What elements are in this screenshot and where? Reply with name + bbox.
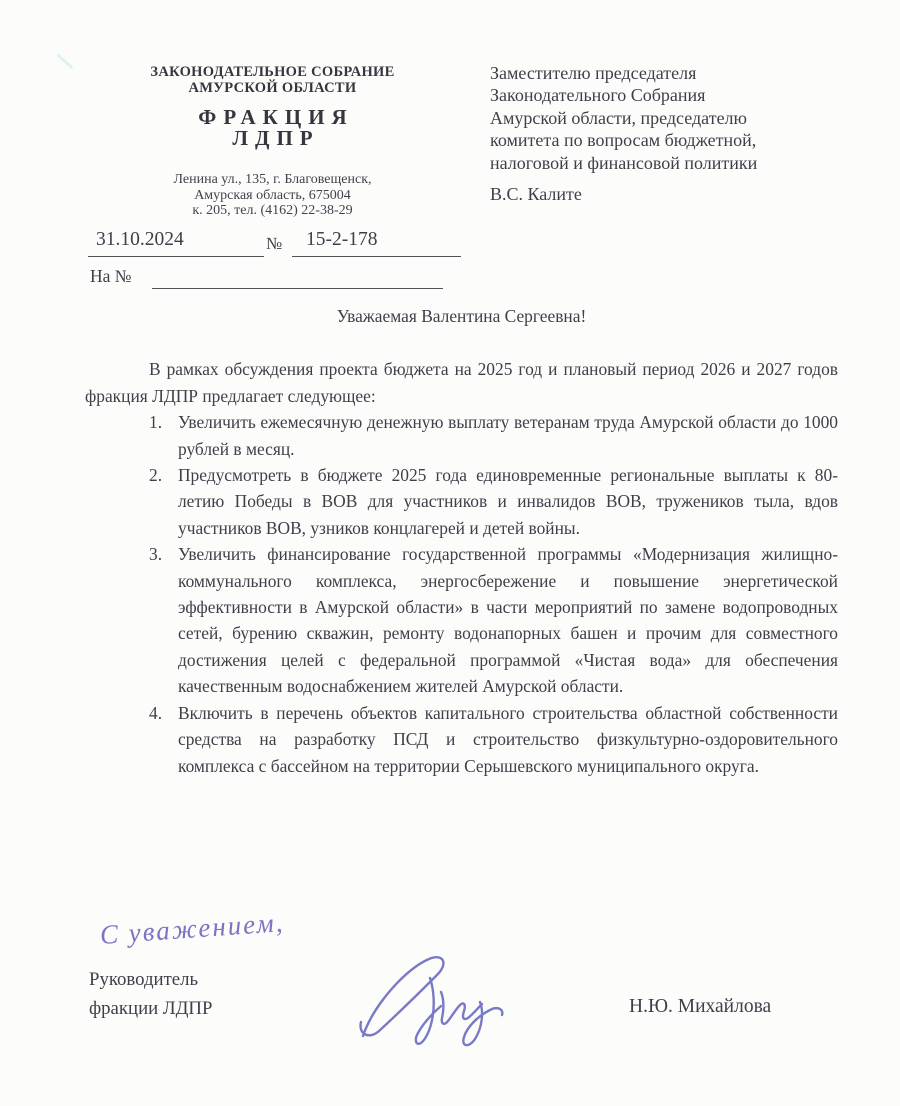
- addressee-line: Амурской области, председателю: [490, 107, 870, 129]
- letterhead-address-line1: Ленина ул., 135, г. Благовещенск,: [85, 172, 460, 188]
- signer-position-line2: фракции ЛДПР: [89, 995, 212, 1024]
- list-item: 2. Предусмотреть в бюджете 2025 года еди…: [149, 462, 838, 541]
- list-item: 4. Включить в перечень объектов капиталь…: [149, 700, 838, 779]
- salutation: Уважаемая Валентина Сергеевна!: [85, 303, 838, 329]
- list-item: 3. Увеличить финансирование государствен…: [149, 541, 838, 699]
- letterhead-org-line1: ЗАКОНОДАТЕЛЬНОЕ СОБРАНИЕ: [85, 64, 460, 80]
- list-item-text: Увеличить финансирование государственной…: [178, 544, 838, 696]
- document-number: 15-2-178: [292, 229, 461, 257]
- reply-to-blank-line: [152, 288, 443, 289]
- addressee-block: Заместителю председателя Законодательног…: [490, 62, 870, 174]
- scanned-letter-page: ЗАКОНОДАТЕЛЬНОЕ СОБРАНИЕ АМУРСКОЙ ОБЛАСТ…: [0, 0, 900, 1106]
- list-item-number: 4.: [149, 700, 162, 726]
- number-sign: №: [266, 234, 282, 254]
- reply-to-label: На №: [90, 266, 131, 287]
- list-item-number: 3.: [149, 541, 162, 567]
- letterhead: ЗАКОНОДАТЕЛЬНОЕ СОБРАНИЕ АМУРСКОЙ ОБЛАСТ…: [85, 64, 460, 219]
- addressee-line: Законодательного Собрания: [490, 84, 870, 106]
- addressee-line: комитета по вопросам бюджетной,: [490, 129, 870, 151]
- addressee-line: налоговой и финансовой политики: [490, 152, 870, 174]
- proposals-list: 1. Увеличить ежемесячную денежную выплат…: [149, 409, 838, 779]
- list-item: 1. Увеличить ежемесячную денежную выплат…: [149, 409, 838, 462]
- letterhead-fraction-line1: ФРАКЦИЯ: [85, 107, 460, 128]
- letterhead-org-line2: АМУРСКОЙ ОБЛАСТИ: [85, 80, 460, 96]
- document-date: 31.10.2024: [88, 229, 264, 257]
- letterhead-address-line3: к. 205, тел. (4162) 22-38-29: [85, 203, 460, 219]
- letterhead-address-line2: Амурская область, 675004: [85, 188, 460, 204]
- signer-name: Н.Ю. Михайлова: [629, 996, 771, 1018]
- intro-paragraph: В рамках обсуждения проекта бюджета на 2…: [85, 356, 838, 409]
- list-item-text: Включить в перечень объектов капитальног…: [178, 703, 838, 776]
- signature-ink: [333, 936, 513, 1056]
- scan-artifact: [57, 54, 74, 70]
- list-item-text: Предусмотреть в бюджете 2025 года единов…: [178, 465, 838, 538]
- letterhead-fraction-line2: ЛДПР: [85, 128, 460, 149]
- letter-body: Уважаемая Валентина Сергеевна! В рамках …: [85, 303, 838, 779]
- signer-position: Руководитель фракции ЛДПР: [89, 966, 212, 1023]
- handwritten-closing: С уважением,: [99, 907, 285, 951]
- addressee-line: Заместителю председателя: [490, 62, 870, 84]
- list-item-number: 2.: [149, 462, 162, 488]
- list-item-number: 1.: [149, 409, 162, 435]
- addressee-name: В.С. Калите: [490, 184, 582, 205]
- list-item-text: Увеличить ежемесячную денежную выплату в…: [178, 412, 838, 458]
- signer-position-line1: Руководитель: [89, 966, 212, 995]
